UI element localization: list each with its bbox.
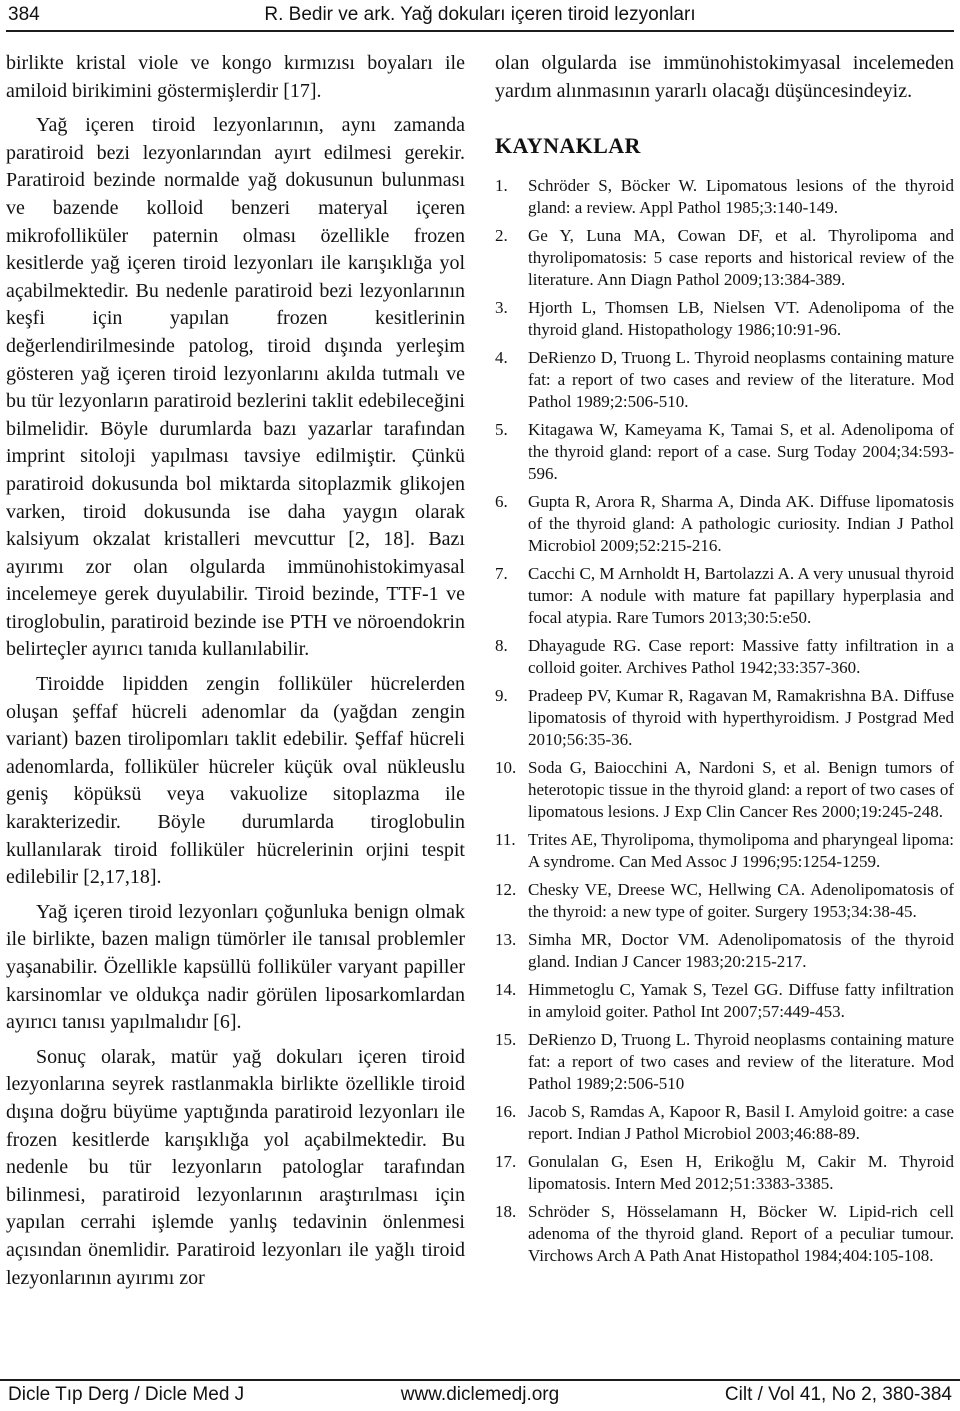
- reference-number: 8.: [495, 635, 528, 679]
- reference-number: 11.: [495, 829, 528, 873]
- reference-item: 12.Chesky VE, Dreese WC, Hellwing CA. Ad…: [495, 879, 954, 923]
- reference-item: 8.Dhayagude RG. Case report: Massive fat…: [495, 635, 954, 679]
- left-column: birlikte kristal viole ve kongo kırmızıs…: [6, 50, 465, 1350]
- journal-page: 384 R. Bedir ve ark. Yağ dokuları içeren…: [0, 0, 960, 1411]
- references-heading: KAYNAKLAR: [495, 133, 954, 159]
- reference-text: Gonulalan G, Esen H, Erikoğlu M, Cakir M…: [528, 1151, 954, 1195]
- reference-text: Himmetoglu C, Yamak S, Tezel GG. Diffuse…: [528, 979, 954, 1023]
- reference-text: Chesky VE, Dreese WC, Hellwing CA. Adeno…: [528, 879, 954, 923]
- page-footer: Dicle Tıp Derg / Dicle Med J www.dicleme…: [0, 1379, 960, 1411]
- reference-item: 14.Himmetoglu C, Yamak S, Tezel GG. Diff…: [495, 979, 954, 1023]
- reference-item: 16.Jacob S, Ramdas A, Kapoor R, Basil I.…: [495, 1101, 954, 1145]
- reference-number: 18.: [495, 1201, 528, 1267]
- reference-item: 15.DeRienzo D, Truong L. Thyroid neoplas…: [495, 1029, 954, 1095]
- reference-item: 18.Schröder S, Hösselamann H, Böcker W. …: [495, 1201, 954, 1267]
- reference-number: 2.: [495, 225, 528, 291]
- continuation-paragraph: olan olgularda ise immünohistokimyasal i…: [495, 50, 954, 105]
- reference-item: 13.Simha MR, Doctor VM. Adenolipomatosis…: [495, 929, 954, 973]
- volume-info: Cilt / Vol 41, No 2, 380-384: [559, 1384, 952, 1406]
- reference-text: Schröder S, Hösselamann H, Böcker W. Lip…: [528, 1201, 954, 1267]
- reference-number: 4.: [495, 347, 528, 413]
- reference-item: 5.Kitagawa W, Kameyama K, Tamai S, et al…: [495, 419, 954, 485]
- reference-text: DeRienzo D, Truong L. Thyroid neoplasms …: [528, 347, 954, 413]
- reference-number: 16.: [495, 1101, 528, 1145]
- two-column-layout: birlikte kristal viole ve kongo kırmızıs…: [6, 50, 954, 1350]
- reference-number: 10.: [495, 757, 528, 823]
- reference-text: Kitagawa W, Kameyama K, Tamai S, et al. …: [528, 419, 954, 485]
- reference-text: Pradeep PV, Kumar R, Ragavan M, Ramakris…: [528, 685, 954, 751]
- reference-item: 10.Soda G, Baiocchini A, Nardoni S, et a…: [495, 757, 954, 823]
- reference-number: 14.: [495, 979, 528, 1023]
- reference-number: 7.: [495, 563, 528, 629]
- reference-number: 15.: [495, 1029, 528, 1095]
- reference-number: 12.: [495, 879, 528, 923]
- reference-text: Gupta R, Arora R, Sharma A, Dinda AK. Di…: [528, 491, 954, 557]
- reference-number: 1.: [495, 175, 528, 219]
- reference-item: 7.Cacchi C, M Arnholdt H, Bartolazzi A. …: [495, 563, 954, 629]
- reference-text: Ge Y, Luna MA, Cowan DF, et al. Thyrolip…: [528, 225, 954, 291]
- reference-text: Hjorth L, Thomsen LB, Nielsen VT. Adenol…: [528, 297, 954, 341]
- reference-number: 3.: [495, 297, 528, 341]
- paragraph: birlikte kristal viole ve kongo kırmızıs…: [6, 50, 465, 105]
- reference-number: 5.: [495, 419, 528, 485]
- reference-number: 17.: [495, 1151, 528, 1195]
- reference-item: 2.Ge Y, Luna MA, Cowan DF, et al. Thyrol…: [495, 225, 954, 291]
- reference-item: 11.Trites AE, Thyrolipoma, thymolipoma a…: [495, 829, 954, 873]
- reference-text: Trites AE, Thyrolipoma, thymolipoma and …: [528, 829, 954, 873]
- journal-name: Dicle Tıp Derg / Dicle Med J: [8, 1384, 401, 1406]
- reference-text: Soda G, Baiocchini A, Nardoni S, et al. …: [528, 757, 954, 823]
- page-number: 384: [8, 4, 264, 26]
- paragraph: Sonuç olarak, matür yağ dokuları içeren …: [6, 1044, 465, 1292]
- reference-item: 6.Gupta R, Arora R, Sharma A, Dinda AK. …: [495, 491, 954, 557]
- reference-text: Schröder S, Böcker W. Lipomatous lesions…: [528, 175, 954, 219]
- reference-text: DeRienzo D, Truong L. Thyroid neoplasms …: [528, 1029, 954, 1095]
- reference-item: 4.DeRienzo D, Truong L. Thyroid neoplasm…: [495, 347, 954, 413]
- reference-item: 3.Hjorth L, Thomsen LB, Nielsen VT. Aden…: [495, 297, 954, 341]
- reference-number: 9.: [495, 685, 528, 751]
- page-header: 384 R. Bedir ve ark. Yağ dokuları içeren…: [6, 0, 954, 32]
- reference-item: 9.Pradeep PV, Kumar R, Ragavan M, Ramakr…: [495, 685, 954, 751]
- reference-number: 6.: [495, 491, 528, 557]
- paragraph: Yağ içeren tiroid lezyonlarının, aynı za…: [6, 112, 465, 664]
- journal-website[interactable]: www.diclemedj.org: [401, 1384, 559, 1406]
- reference-number: 13.: [495, 929, 528, 973]
- references-list: 1.Schröder S, Böcker W. Lipomatous lesio…: [495, 175, 954, 1267]
- right-column: olan olgularda ise immünohistokimyasal i…: [495, 50, 954, 1350]
- running-title: R. Bedir ve ark. Yağ dokuları içeren tir…: [264, 4, 695, 26]
- reference-text: Simha MR, Doctor VM. Adenolipomatosis of…: [528, 929, 954, 973]
- reference-item: 17.Gonulalan G, Esen H, Erikoğlu M, Caki…: [495, 1151, 954, 1195]
- reference-text: Cacchi C, M Arnholdt H, Bartolazzi A. A …: [528, 563, 954, 629]
- reference-text: Dhayagude RG. Case report: Massive fatty…: [528, 635, 954, 679]
- reference-text: Jacob S, Ramdas A, Kapoor R, Basil I. Am…: [528, 1101, 954, 1145]
- paragraph: Yağ içeren tiroid lezyonları çoğunluka b…: [6, 899, 465, 1037]
- paragraph: Tiroidde lipidden zengin folliküler hücr…: [6, 671, 465, 892]
- reference-item: 1.Schröder S, Böcker W. Lipomatous lesio…: [495, 175, 954, 219]
